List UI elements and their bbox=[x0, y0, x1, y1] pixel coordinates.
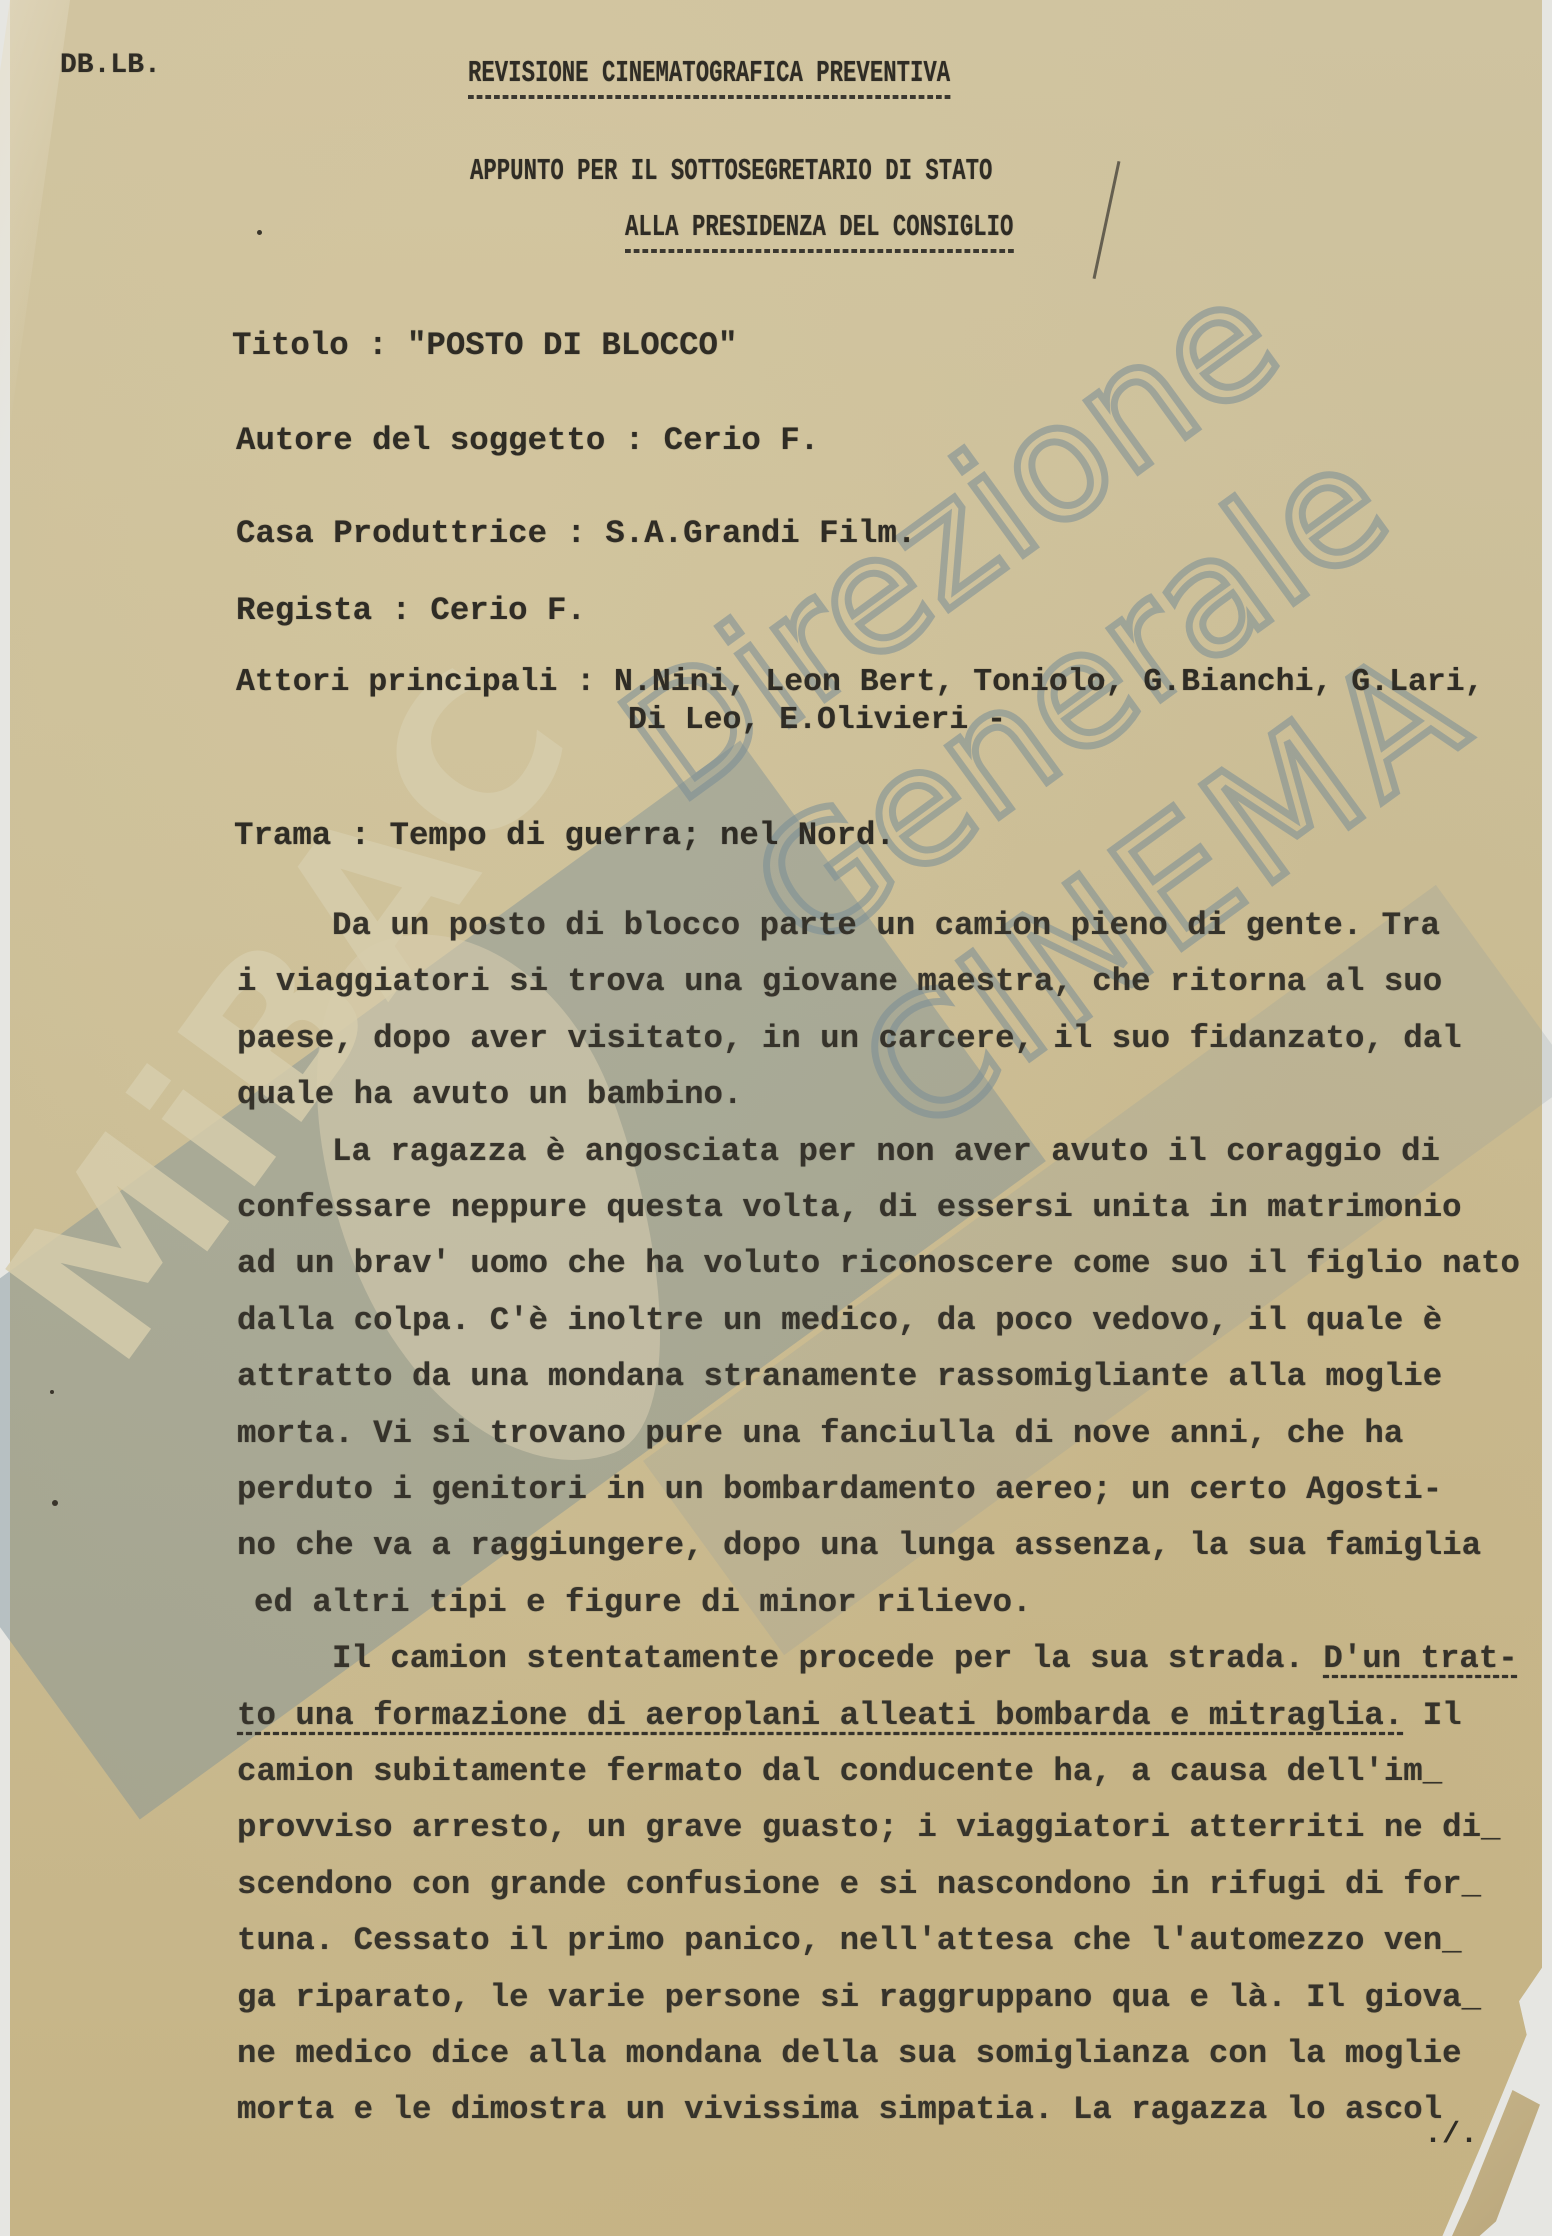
body-line: attratto da una mondana stranamente rass… bbox=[237, 1361, 1442, 1393]
header-recipient: ALLA PRESIDENZA DEL CONSIGLIO bbox=[625, 212, 1013, 253]
body-line: to una formazione di aeroplani alleati b… bbox=[237, 1700, 1462, 1732]
body-line: ne medico dice alla mondana della sua so… bbox=[237, 2038, 1462, 2070]
body-line: perduto i genitori in un bombardamento a… bbox=[237, 1474, 1442, 1506]
body-line: camion subitamente fermato dal conducent… bbox=[237, 1756, 1442, 1788]
ink-speck bbox=[50, 1390, 54, 1394]
field-attori-line2: Di Leo, E.Olivieri - bbox=[628, 705, 1006, 737]
body-line: morta. Vi si trovano pure una fanciulla … bbox=[237, 1418, 1403, 1450]
body-text: Il bbox=[1403, 1697, 1461, 1734]
reference-code: DB.LB. bbox=[60, 52, 161, 80]
body-line: confessare neppure questa volta, di esse… bbox=[237, 1192, 1462, 1224]
body-line: dalla colpa. C'è inoltre un medico, da p… bbox=[237, 1305, 1442, 1337]
body-line: ga riparato, le varie persone si raggrup… bbox=[237, 1982, 1481, 2014]
header-subtitle: APPUNTO PER IL SOTTOSEGRETARIO DI STATO bbox=[470, 156, 992, 187]
body-line: paese, dopo aver visitato, in un carcere… bbox=[237, 1023, 1462, 1055]
body-line: scendono con grande confusione e si nasc… bbox=[237, 1869, 1481, 1901]
body-line: quale ha avuto un bambino. bbox=[237, 1079, 742, 1111]
body-line: no che va a raggiungere, dopo una lunga … bbox=[237, 1530, 1481, 1562]
field-autore: Autore del soggetto : Cerio F. bbox=[236, 425, 819, 457]
body-line: ad un brav' uomo che ha voluto riconosce… bbox=[237, 1248, 1520, 1280]
continuation-mark: ./. bbox=[1424, 2118, 1478, 2152]
field-titolo: Titolo : "POSTO DI BLOCCO" bbox=[232, 330, 737, 362]
body-line: provviso arresto, un grave guasto; i via… bbox=[237, 1812, 1500, 1844]
field-casa-produttrice: Casa Produttrice : S.A.Grandi Film. bbox=[236, 518, 916, 550]
body-line: ed altri tipi e figure di minor rilievo. bbox=[254, 1587, 1032, 1619]
underlined-passage: D'un trat- bbox=[1323, 1640, 1517, 1677]
body-line: La ragazza è angosciata per non aver avu… bbox=[332, 1136, 1440, 1168]
body-line: tuna. Cessato il primo panico, nell'atte… bbox=[237, 1925, 1462, 1957]
body-line: Da un posto di blocco parte un camion pi… bbox=[332, 910, 1440, 942]
field-trama: Trama : Tempo di guerra; nel Nord. bbox=[234, 820, 895, 852]
field-attori-line1: Attori principali : N.Nini, Leon Bert, T… bbox=[236, 667, 1484, 699]
body-text: Il camion stentatamente procede per la s… bbox=[332, 1640, 1323, 1677]
header-title: REVISIONE CINEMATOGRAFICA PREVENTIVA bbox=[468, 58, 950, 99]
body-line: morta e le dimostra un vivissima simpati… bbox=[237, 2094, 1442, 2126]
ink-speck bbox=[52, 1500, 58, 1506]
body-line: Il camion stentatamente procede per la s… bbox=[332, 1643, 1518, 1675]
body-line: i viaggiatori si trova una giovane maest… bbox=[237, 966, 1442, 998]
field-regista: Regista : Cerio F. bbox=[236, 595, 586, 627]
underlined-passage: to una formazione di aeroplani alleati b… bbox=[237, 1697, 1403, 1734]
ink-speck bbox=[257, 230, 262, 235]
